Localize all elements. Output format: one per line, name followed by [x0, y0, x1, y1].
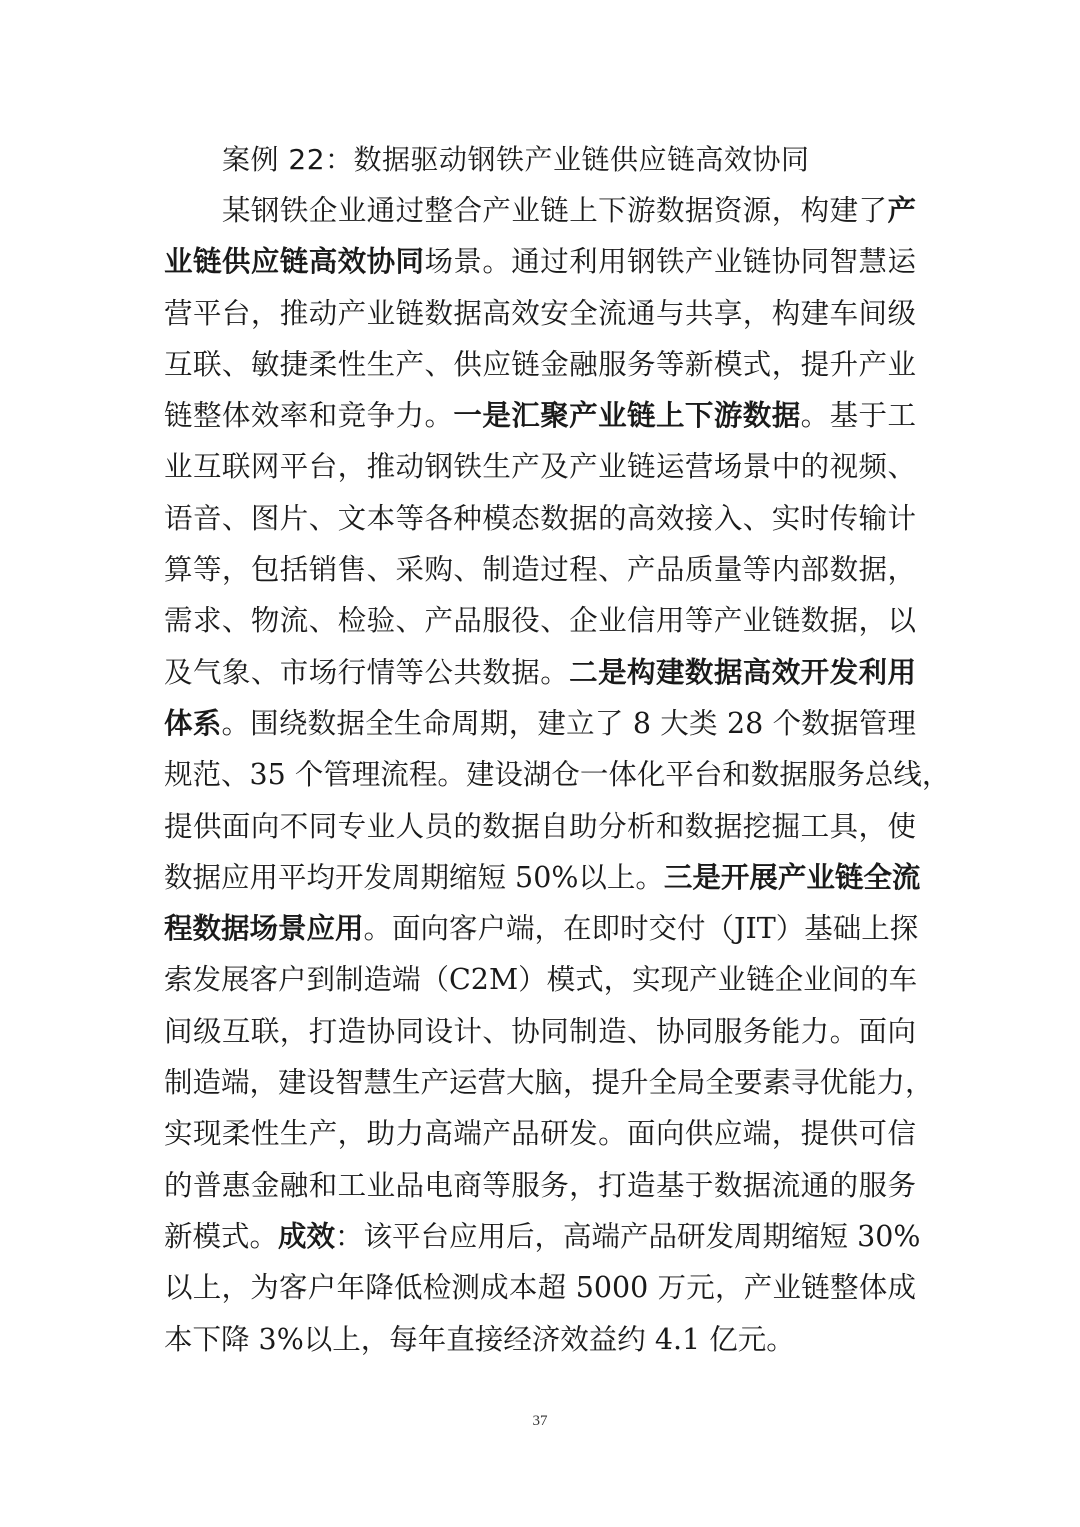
text-run: 及气象、市场行情等公共数据。	[164, 656, 569, 689]
text-line: 的普惠金融和工业品电商等服务，打造基于数据流通的服务	[164, 1166, 916, 1217]
text-line: 业链供应链高效协同场景。通过利用钢铁产业链协同智慧运	[164, 242, 916, 293]
text-line: 营平台，推动产业链数据高效安全流通与共享，构建车间级	[164, 294, 916, 345]
text-run: 互联、敏捷柔性生产、供应链金融服务等新模式，提升产业	[164, 348, 916, 381]
text-run: 业互联网平台，推动钢铁生产及产业链运营场景中的视频、	[164, 450, 916, 483]
bold-text: 产	[887, 194, 916, 227]
text-run: 的普惠金融和工业品电商等服务，打造基于数据流通的服务	[164, 1169, 916, 1202]
text-run: 间级互联，打造协同设计、协同制造、协同服务能力。面向	[164, 1015, 916, 1048]
text-run: ：该平台应用后，高端产品研发周期缩短 30%	[335, 1220, 920, 1253]
text-run: 需求、物流、检验、产品服役、企业信用等产业链数据，以	[164, 604, 916, 637]
text-run: 链整体效率和竞争力。	[164, 399, 453, 432]
text-run: 某钢铁企业通过整合产业链上下游数据资源，构建了	[222, 194, 887, 227]
text-run: 索发展客户到制造端（C2M）模式，实现产业链企业间的车	[164, 963, 917, 996]
text-line: 互联、敏捷柔性生产、供应链金融服务等新模式，提升产业	[164, 345, 916, 396]
text-run: 实现柔性生产，助力高端产品研发。面向供应端，提供可信	[164, 1117, 916, 1150]
text-line: 以上，为客户年降低检测成本超 5000 万元，产业链整体成	[164, 1268, 916, 1319]
case-body: 某钢铁企业通过整合产业链上下游数据资源，构建了产业链供应链高效协同场景。通过利用…	[164, 191, 916, 1371]
text-run: 数据应用平均开发周期缩短 50%以上。	[164, 861, 664, 894]
text-run: 。围绕数据全生命周期，建立了 8 大类 28 个数据管理	[221, 707, 916, 740]
text-run: 算等，包括销售、采购、制造过程、产品质量等内部数据，	[164, 553, 916, 586]
text-run: 提供面向不同专业人员的数据自助分析和数据挖掘工具，使	[164, 810, 916, 843]
bold-text: 业链供应链高效协同	[164, 245, 424, 278]
text-line: 算等，包括销售、采购、制造过程、产品质量等内部数据，	[164, 550, 916, 601]
bold-text: 二是构建数据高效开发利用	[569, 656, 916, 689]
text-line: 新模式。成效：该平台应用后，高端产品研发周期缩短 30%	[164, 1217, 916, 1268]
text-line: 体系。围绕数据全生命周期，建立了 8 大类 28 个数据管理	[164, 704, 916, 755]
text-line: 及气象、市场行情等公共数据。二是构建数据高效开发利用	[164, 653, 916, 704]
text-run: 规范、35 个管理流程。建设湖仓一体化平台和数据服务总线，	[164, 758, 950, 791]
text-run: 新模式。	[164, 1220, 278, 1253]
bold-text: 成效	[278, 1220, 335, 1253]
bold-text: 三是开展产业链全流	[664, 861, 921, 894]
text-run: 本下降 3%以上，每年直接经济效益约 4.1 亿元。	[164, 1323, 795, 1356]
text-line: 某钢铁企业通过整合产业链上下游数据资源，构建了产	[164, 191, 916, 242]
text-line: 实现柔性生产，助力高端产品研发。面向供应端，提供可信	[164, 1114, 916, 1165]
text-line: 需求、物流、检验、产品服役、企业信用等产业链数据，以	[164, 601, 916, 652]
text-run: 。基于工	[801, 399, 916, 432]
bold-text: 程数据场景应用	[164, 912, 364, 945]
document-page: 案例 22：数据驱动钢铁产业链供应链高效协同 某钢铁企业通过整合产业链上下游数据…	[0, 0, 1080, 1527]
text-line: 提供面向不同专业人员的数据自助分析和数据挖掘工具，使	[164, 807, 916, 858]
text-run: 场景。通过利用钢铁产业链协同智慧运	[424, 245, 916, 278]
page-number: 37	[0, 1413, 1080, 1430]
text-line: 本下降 3%以上，每年直接经济效益约 4.1 亿元。	[164, 1320, 916, 1371]
text-line: 业互联网平台，推动钢铁生产及产业链运营场景中的视频、	[164, 447, 916, 498]
text-run: 语音、图片、文本等各种模态数据的高效接入、实时传输计	[164, 502, 916, 535]
text-line: 间级互联，打造协同设计、协同制造、协同服务能力。面向	[164, 1012, 916, 1063]
text-run: 制造端，建设智慧生产运营大脑，提升全局全要素寻优能力，	[164, 1066, 934, 1099]
text-line: 规范、35 个管理流程。建设湖仓一体化平台和数据服务总线，	[164, 755, 916, 806]
text-line: 索发展客户到制造端（C2M）模式，实现产业链企业间的车	[164, 960, 916, 1011]
text-line: 程数据场景应用。面向客户端，在即时交付（JIT）基础上探	[164, 909, 916, 960]
case-title: 案例 22：数据驱动钢铁产业链供应链高效协同	[222, 140, 810, 180]
text-run: 以上，为客户年降低检测成本超 5000 万元，产业链整体成	[164, 1271, 916, 1304]
text-run: 。面向客户端，在即时交付（JIT）基础上探	[364, 912, 919, 945]
text-line: 制造端，建设智慧生产运营大脑，提升全局全要素寻优能力，	[164, 1063, 916, 1114]
text-run: 营平台，推动产业链数据高效安全流通与共享，构建车间级	[164, 297, 916, 330]
text-line: 数据应用平均开发周期缩短 50%以上。三是开展产业链全流	[164, 858, 916, 909]
text-line: 语音、图片、文本等各种模态数据的高效接入、实时传输计	[164, 499, 916, 550]
bold-text: 体系	[164, 707, 221, 740]
bold-text: 一是汇聚产业链上下游数据	[453, 399, 800, 432]
text-line: 链整体效率和竞争力。一是汇聚产业链上下游数据。基于工	[164, 396, 916, 447]
